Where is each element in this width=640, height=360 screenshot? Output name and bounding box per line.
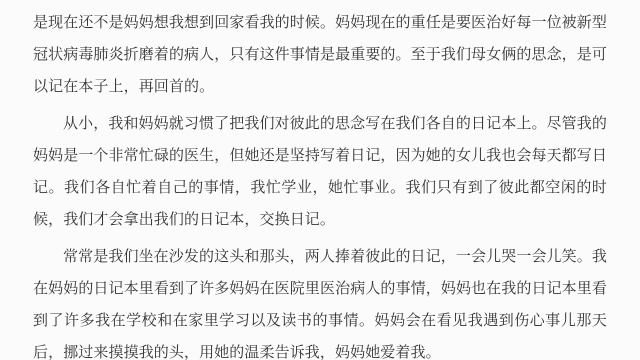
paragraph: 是现在还不是妈妈想我想到回家看我的时候。妈妈现在的重任是要医治好每一位被新型冠状… [33, 6, 607, 102]
paragraph: 从小，我和妈妈就习惯了把我们对彼此的思念写在我们各自的日记本上。尽管我的妈妈是一… [33, 107, 607, 235]
document-body: 是现在还不是妈妈想我想到回家看我的时候。妈妈现在的重任是要医治好每一位被新型冠状… [33, 6, 607, 360]
document-page: 是现在还不是妈妈想我想到回家看我的时候。妈妈现在的重任是要医治好每一位被新型冠状… [0, 0, 640, 360]
paragraph: 常常是我们坐在沙发的这头和那头，两人捧着彼此的日记，一会儿哭一会儿笑。我在妈妈的… [33, 240, 607, 360]
